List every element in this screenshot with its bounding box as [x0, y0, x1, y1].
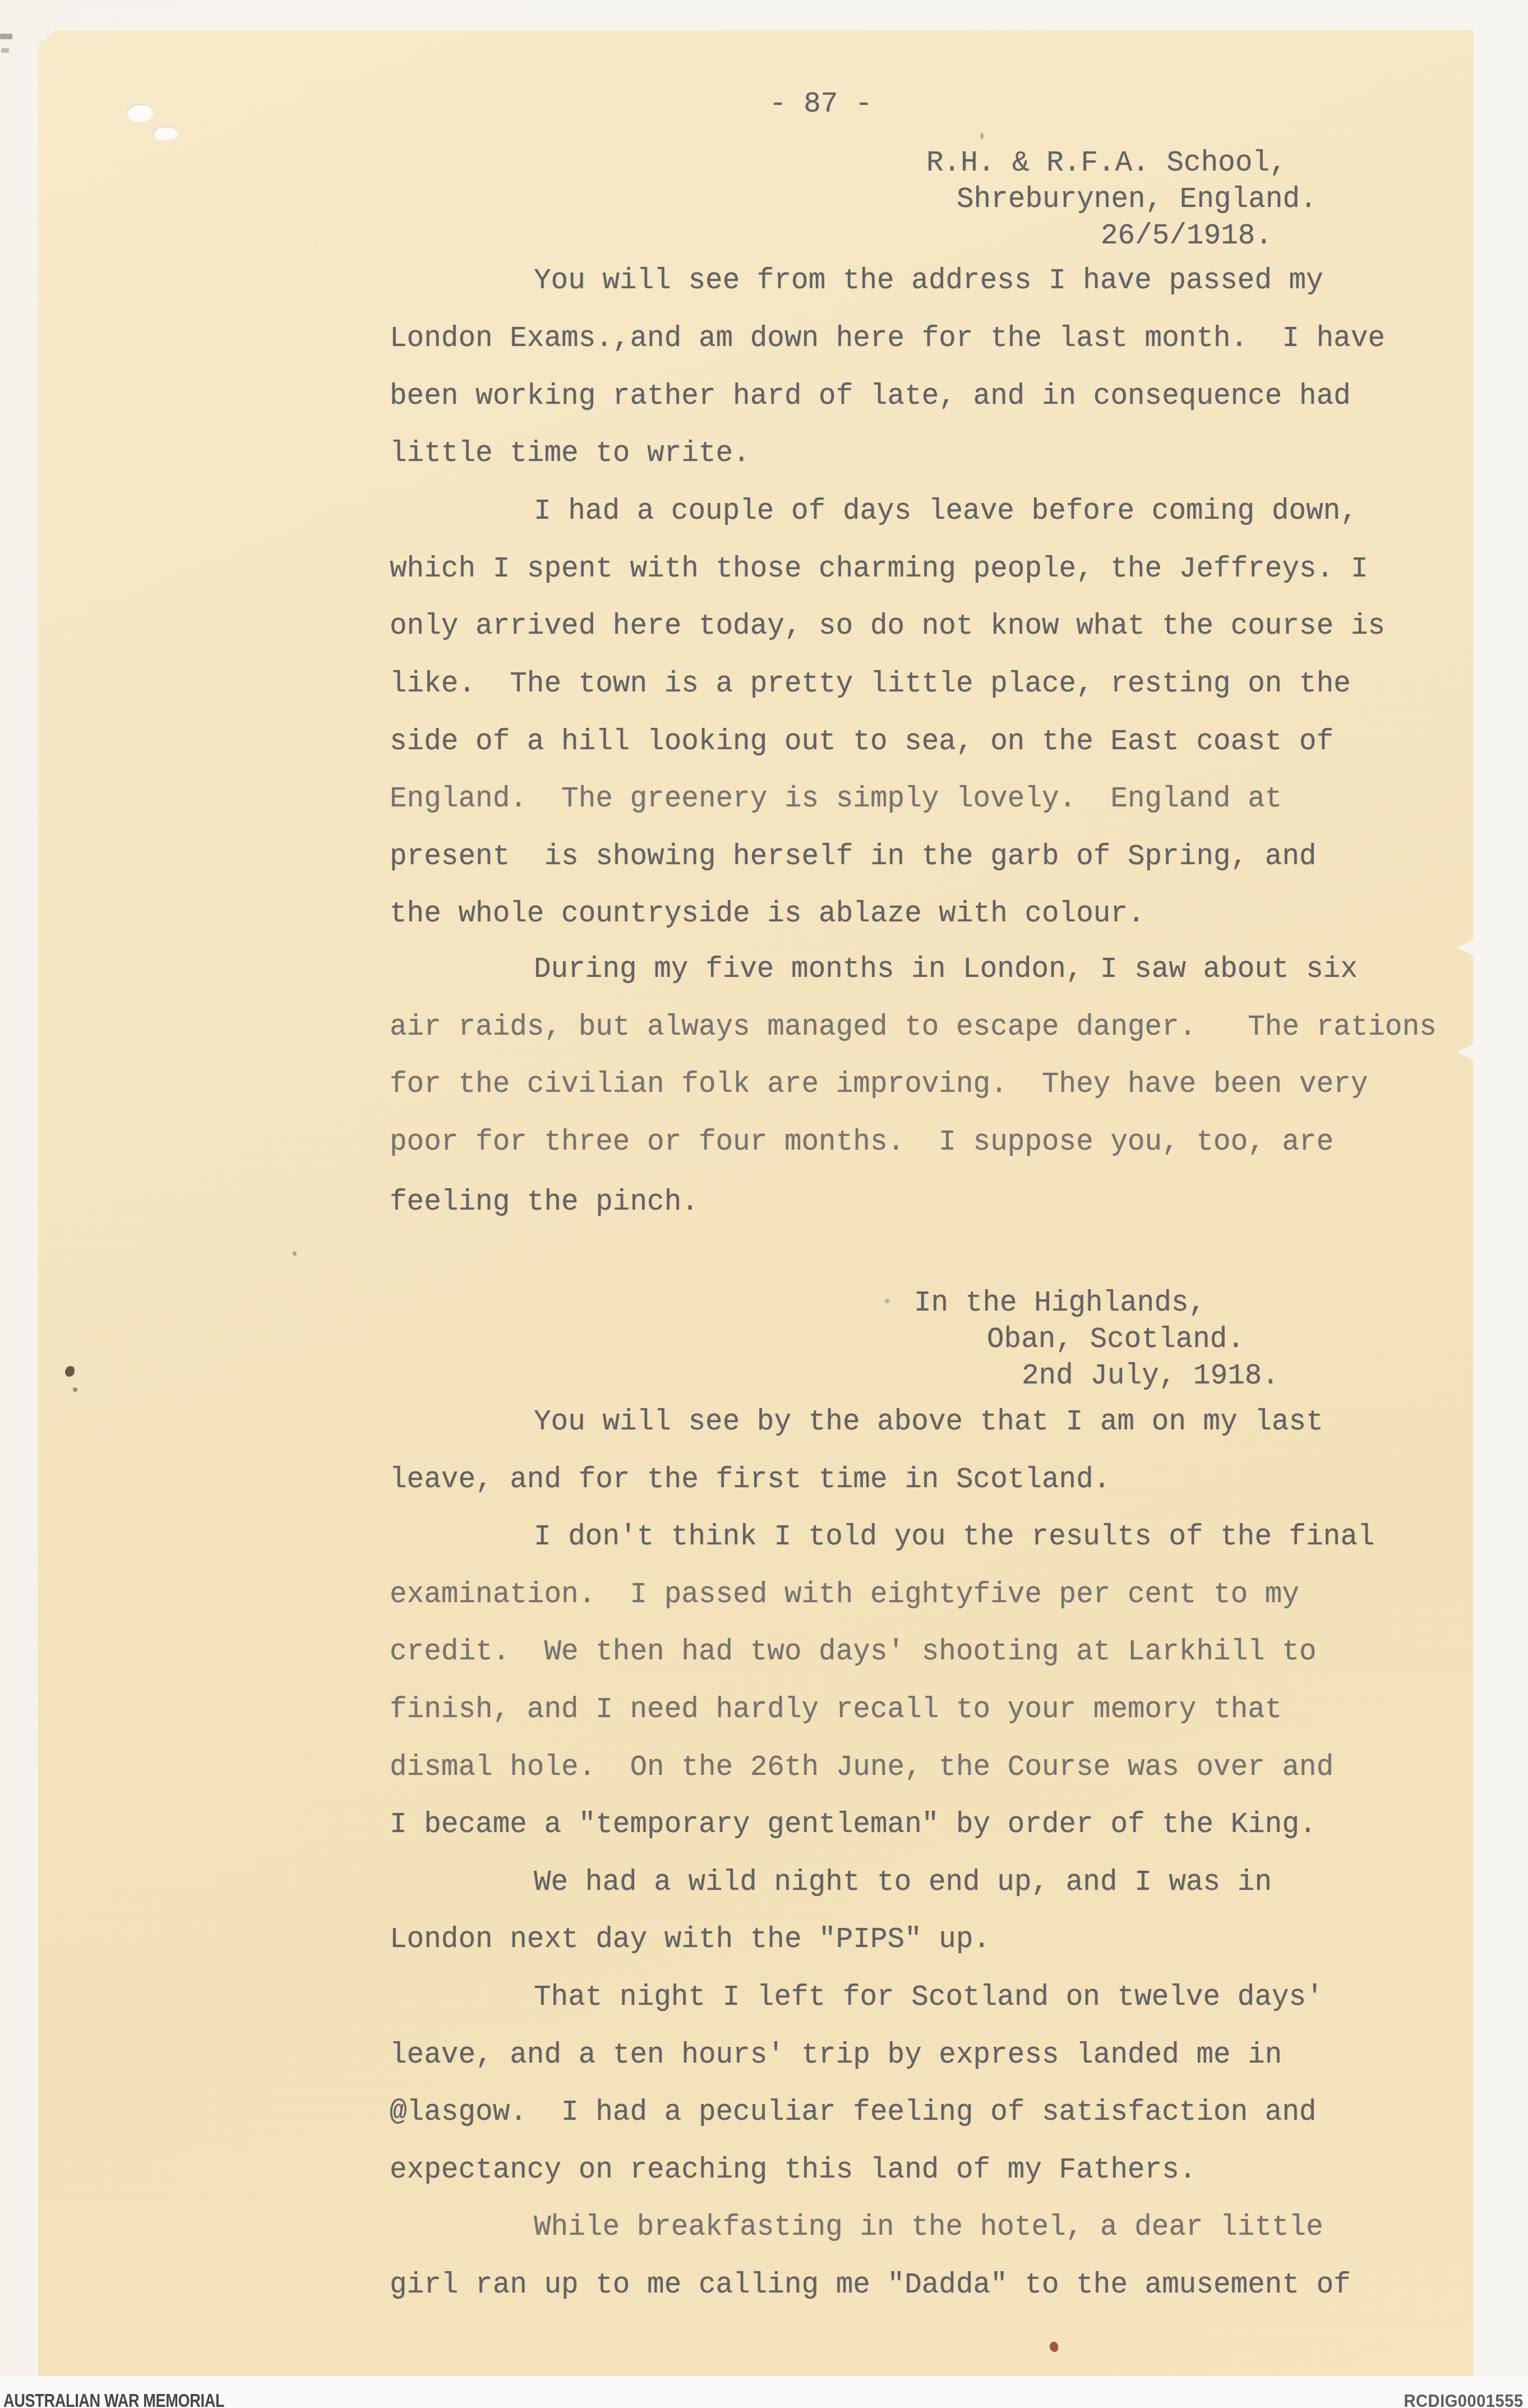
- ink-speck: [293, 1252, 297, 1256]
- typed-line: side of a hill looking out to sea, on th…: [390, 727, 1333, 758]
- typed-line: You will see from the address I have pas…: [534, 266, 1323, 297]
- typed-line: England. The greenery is simply lovely. …: [390, 785, 1282, 815]
- typed-line: examination. I passed with eightyfive pe…: [390, 1580, 1299, 1611]
- typed-line: I became a "temporary gentleman" by orde…: [390, 1810, 1317, 1840]
- letter2-address-line: 2nd July, 1918.: [1022, 1362, 1279, 1392]
- typed-line: credit. We then had two days' shooting a…: [390, 1637, 1317, 1668]
- scanned-letter-document: - 87 - R.H. & R.F.A. School, Shreburynen…: [0, 0, 1528, 2408]
- letter2-address-line: Oban, Scotland.: [987, 1325, 1244, 1355]
- typed-line: I don't think I told you the results of …: [534, 1523, 1375, 1553]
- letter2-address-line: In the Highlands,: [914, 1289, 1206, 1319]
- paper-hole: [126, 104, 153, 122]
- page-number: - 87 -: [769, 90, 873, 120]
- typed-line: finish, and I need hardly recall to your…: [390, 1695, 1282, 1726]
- typed-line: During my five months in London, I saw a…: [534, 955, 1358, 985]
- stray-mark: [980, 132, 984, 140]
- typed-line: expectancy on reaching this land of my F…: [390, 2156, 1196, 2186]
- letter1-address-line: 26/5/1918.: [1101, 222, 1272, 252]
- typed-line: We had a wild night to end up, and I was…: [534, 1868, 1272, 1898]
- letter1-address-line: Shreburynen, England.: [957, 185, 1317, 215]
- typed-line: poor for three or four months. I suppose…: [390, 1128, 1333, 1158]
- typed-line: That night I left for Scotland on twelve…: [534, 1983, 1323, 2013]
- typed-line: which I spent with those charming people…: [390, 555, 1368, 585]
- typed-line: the whole countryside is ablaze with col…: [390, 899, 1145, 930]
- archive-watermark: AUSTRALIAN WAR MEMORIAL: [3, 2390, 224, 2408]
- typed-line: only arrived here today, so do not know …: [390, 612, 1385, 642]
- typed-line: air raids, but always managed to escape …: [390, 1013, 1437, 1043]
- typed-line: like. The town is a pretty little place,…: [390, 670, 1351, 700]
- typed-line: present is showing herself in the garb o…: [390, 842, 1317, 873]
- typed-line: London next day with the "PIPS" up.: [390, 1925, 990, 1955]
- typed-line: I had a couple of days leave before comi…: [534, 497, 1358, 527]
- stray-mark: [885, 1299, 889, 1303]
- typed-line: feeling the pinch.: [390, 1188, 699, 1218]
- scanner-speck: [1, 48, 9, 53]
- typed-line: @lasgow. I had a peculiar feeling of sat…: [390, 2098, 1317, 2128]
- typed-line: While breakfasting in the hotel, a dear …: [534, 2213, 1323, 2243]
- typed-line: leave, and a ten hours' trip by express …: [390, 2041, 1282, 2071]
- ink-speck: [73, 1387, 77, 1392]
- paper-edge-tear: [1457, 940, 1474, 956]
- typed-line: dismal hole. On the 26th June, the Cours…: [390, 1753, 1333, 1783]
- scanner-speck: [0, 34, 12, 39]
- typed-line: been working rather hard of late, and in…: [390, 382, 1351, 412]
- scanner-footer-strip: [0, 2376, 1528, 2408]
- typed-line: leave, and for the first time in Scotlan…: [390, 1465, 1110, 1496]
- typed-line: little time to write.: [390, 439, 750, 469]
- typed-line: London Exams.,and am down here for the l…: [390, 324, 1385, 354]
- typed-line: girl ran up to me calling me "Dadda" to …: [390, 2271, 1351, 2301]
- letter1-address-line: R.H. & R.F.A. School,: [926, 149, 1287, 179]
- rust-speck: [1050, 2342, 1058, 2352]
- paper-edge-tear: [1457, 1044, 1474, 1060]
- reference-id: RCDIG0001555: [1404, 2391, 1524, 2408]
- typed-line: You will see by the above that I am on m…: [534, 1408, 1323, 1438]
- typed-line: for the civilian folk are improving. The…: [390, 1070, 1368, 1100]
